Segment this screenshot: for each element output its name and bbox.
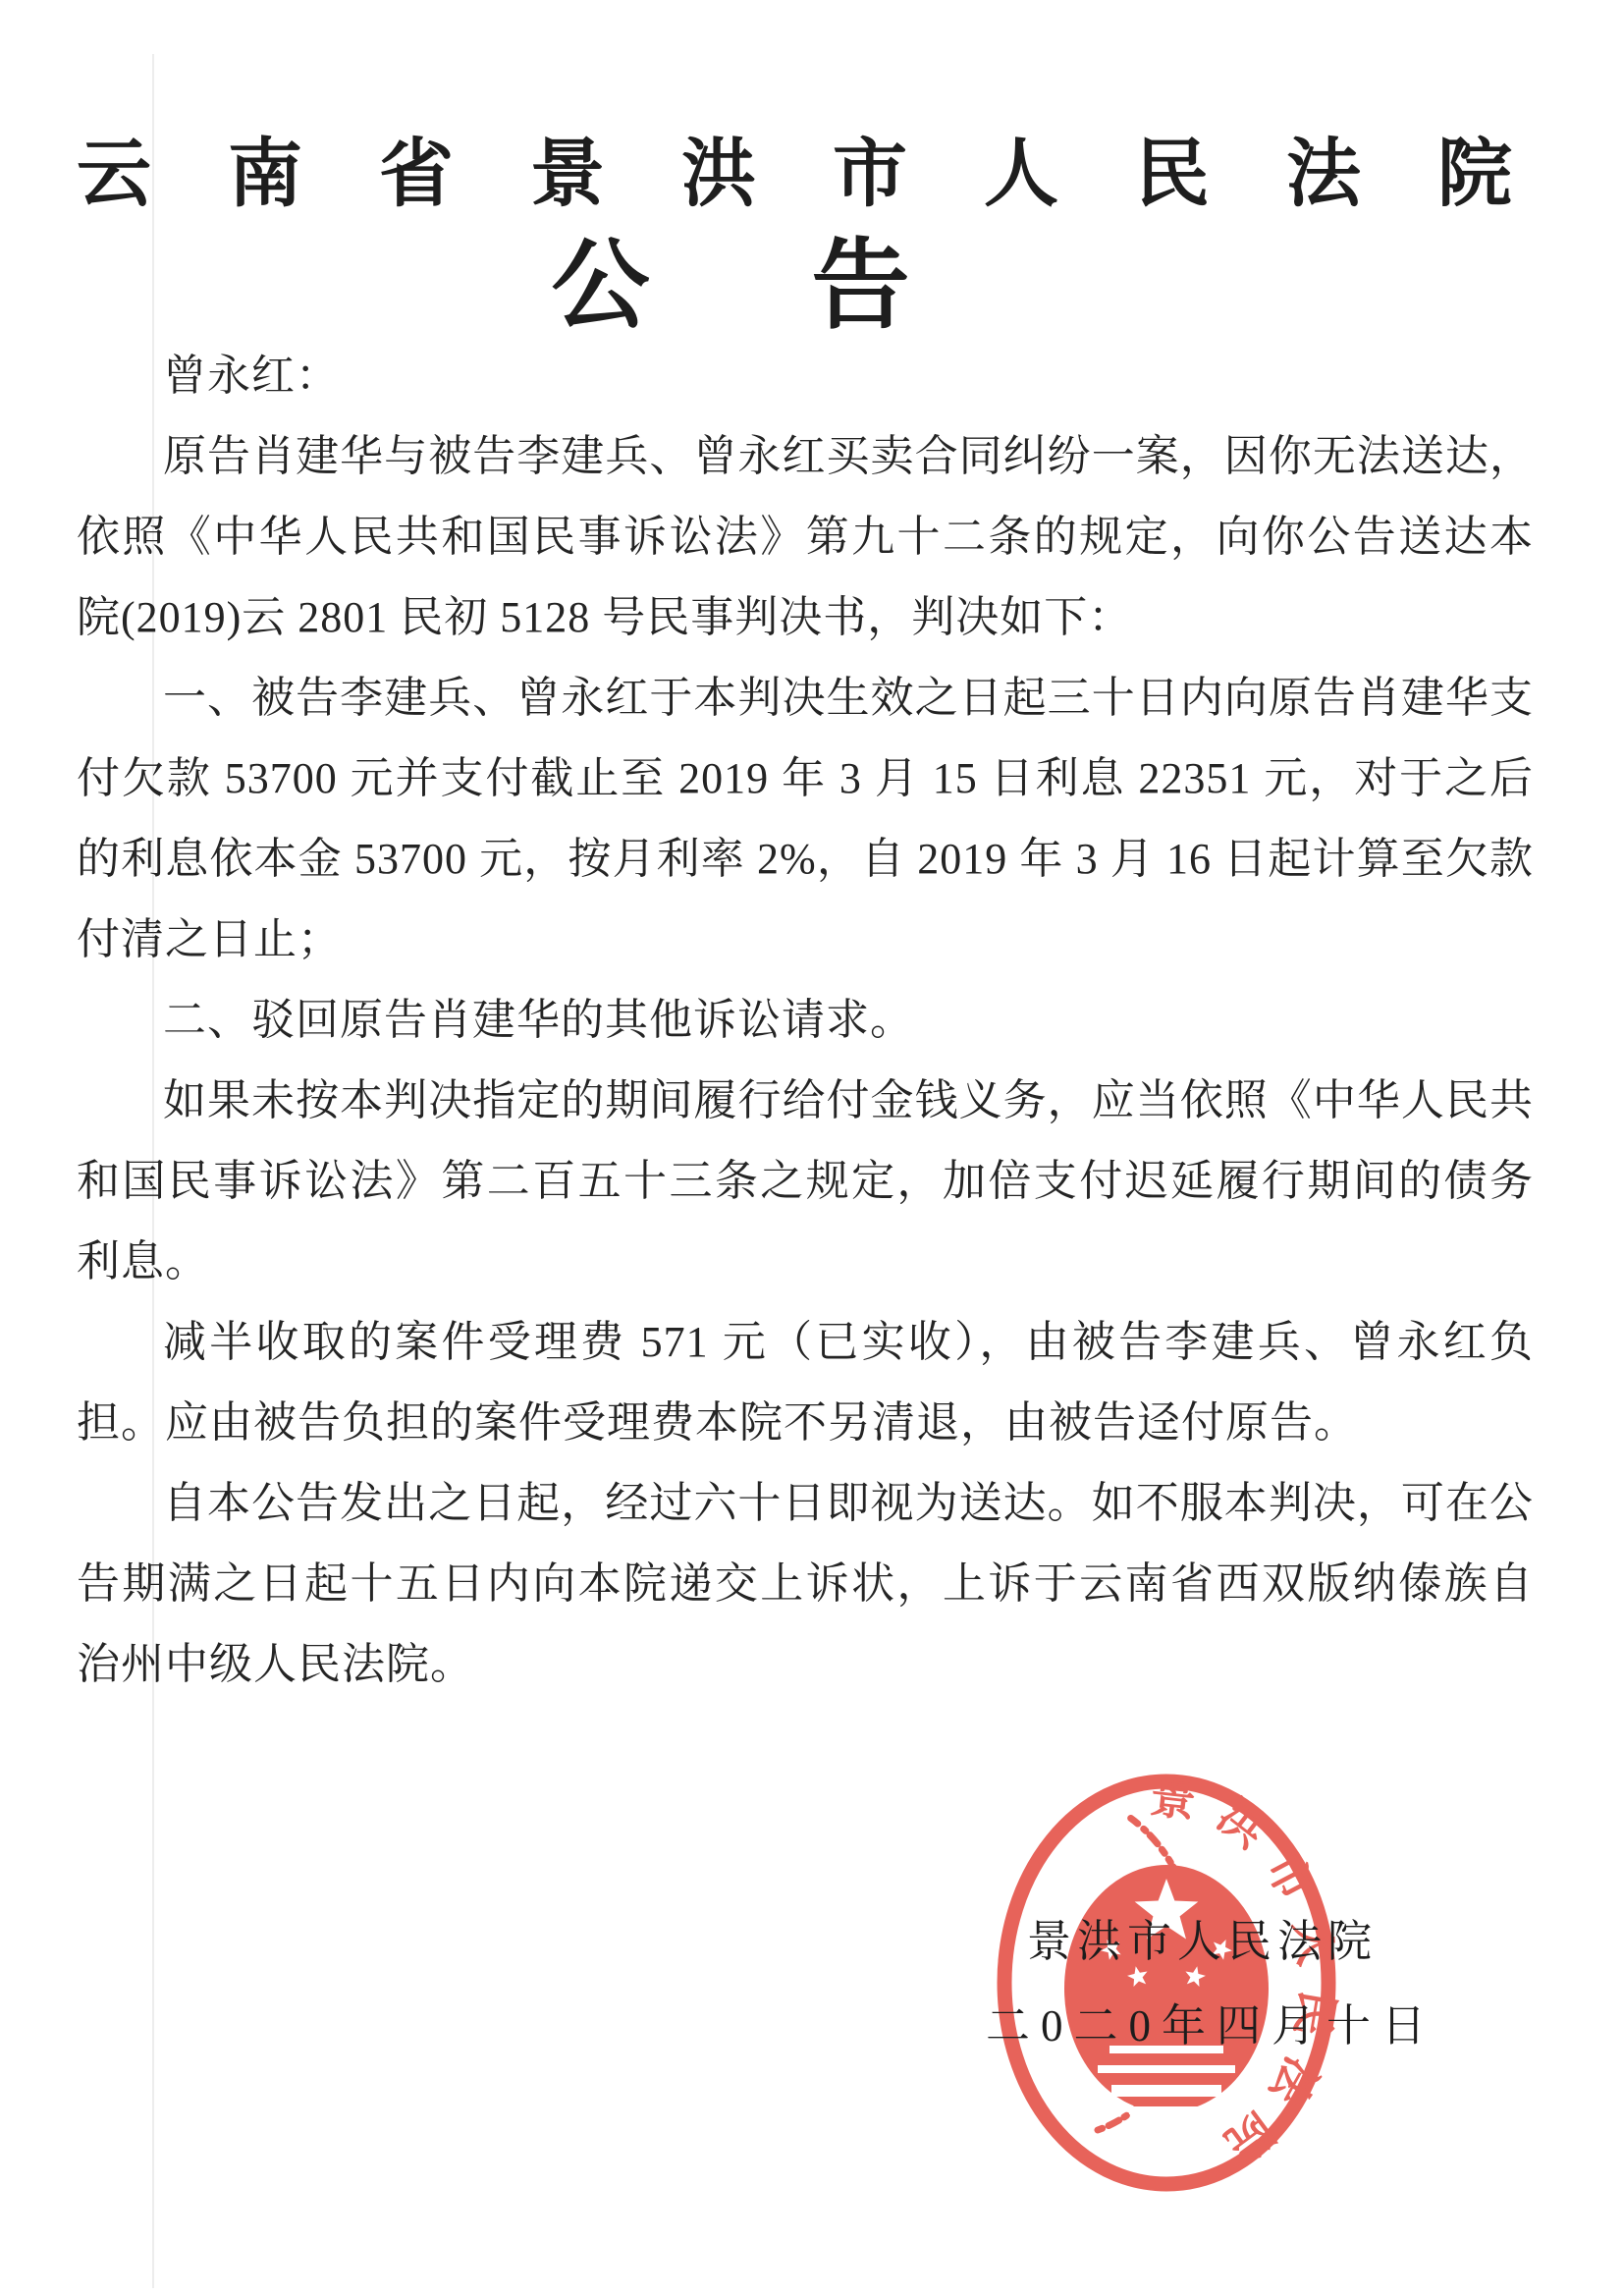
paragraph: 原告肖建华与被告李建兵、曾永红买卖合同纠纷一案，因你无法送达，依照《中华人民共和… — [77, 416, 1534, 658]
notice-body: 曾永红： 原告肖建华与被告李建兵、曾永红买卖合同纠纷一案，因你无法送达，依照《中… — [77, 336, 1534, 1705]
notice-title: 公告 — [0, 206, 1623, 348]
signature-date: 二0二0年四月十日 — [986, 1990, 1436, 2053]
paragraph: 二、驳回原告肖建华的其他诉讼请求。 — [77, 980, 1534, 1061]
court-notice-document: 云南省景洪市人民法院 公告 曾永红： 原告肖建华与被告李建兵、曾永红买卖合同纠纷… — [0, 0, 1623, 2296]
court-title: 云南省景洪市人民法院 — [77, 114, 1549, 221]
signature-court-name: 景洪市人民法院 — [1027, 1905, 1378, 1969]
paragraph: 如果未按本判决指定的期间履行给付金钱义务，应当依照《中华人民共和国民事诉讼法》第… — [77, 1061, 1534, 1302]
addressee-line: 曾永红： — [77, 336, 1534, 416]
paragraph: 减半收取的案件受理费 571 元（已实收），由被告李建兵、曾永红负担。应由被告负… — [77, 1302, 1534, 1463]
paragraph: 自本公告发出之日起，经过六十日即视为送达。如不服本判决，可在公告期满之日起十五日… — [77, 1463, 1534, 1705]
official-seal-stamp: 景洪市人民法院 — [982, 1763, 1351, 2203]
paragraph: 一、被告李建兵、曾永红于本判决生效之日起三十日内向原告肖建华支付欠款 53700… — [77, 658, 1534, 980]
